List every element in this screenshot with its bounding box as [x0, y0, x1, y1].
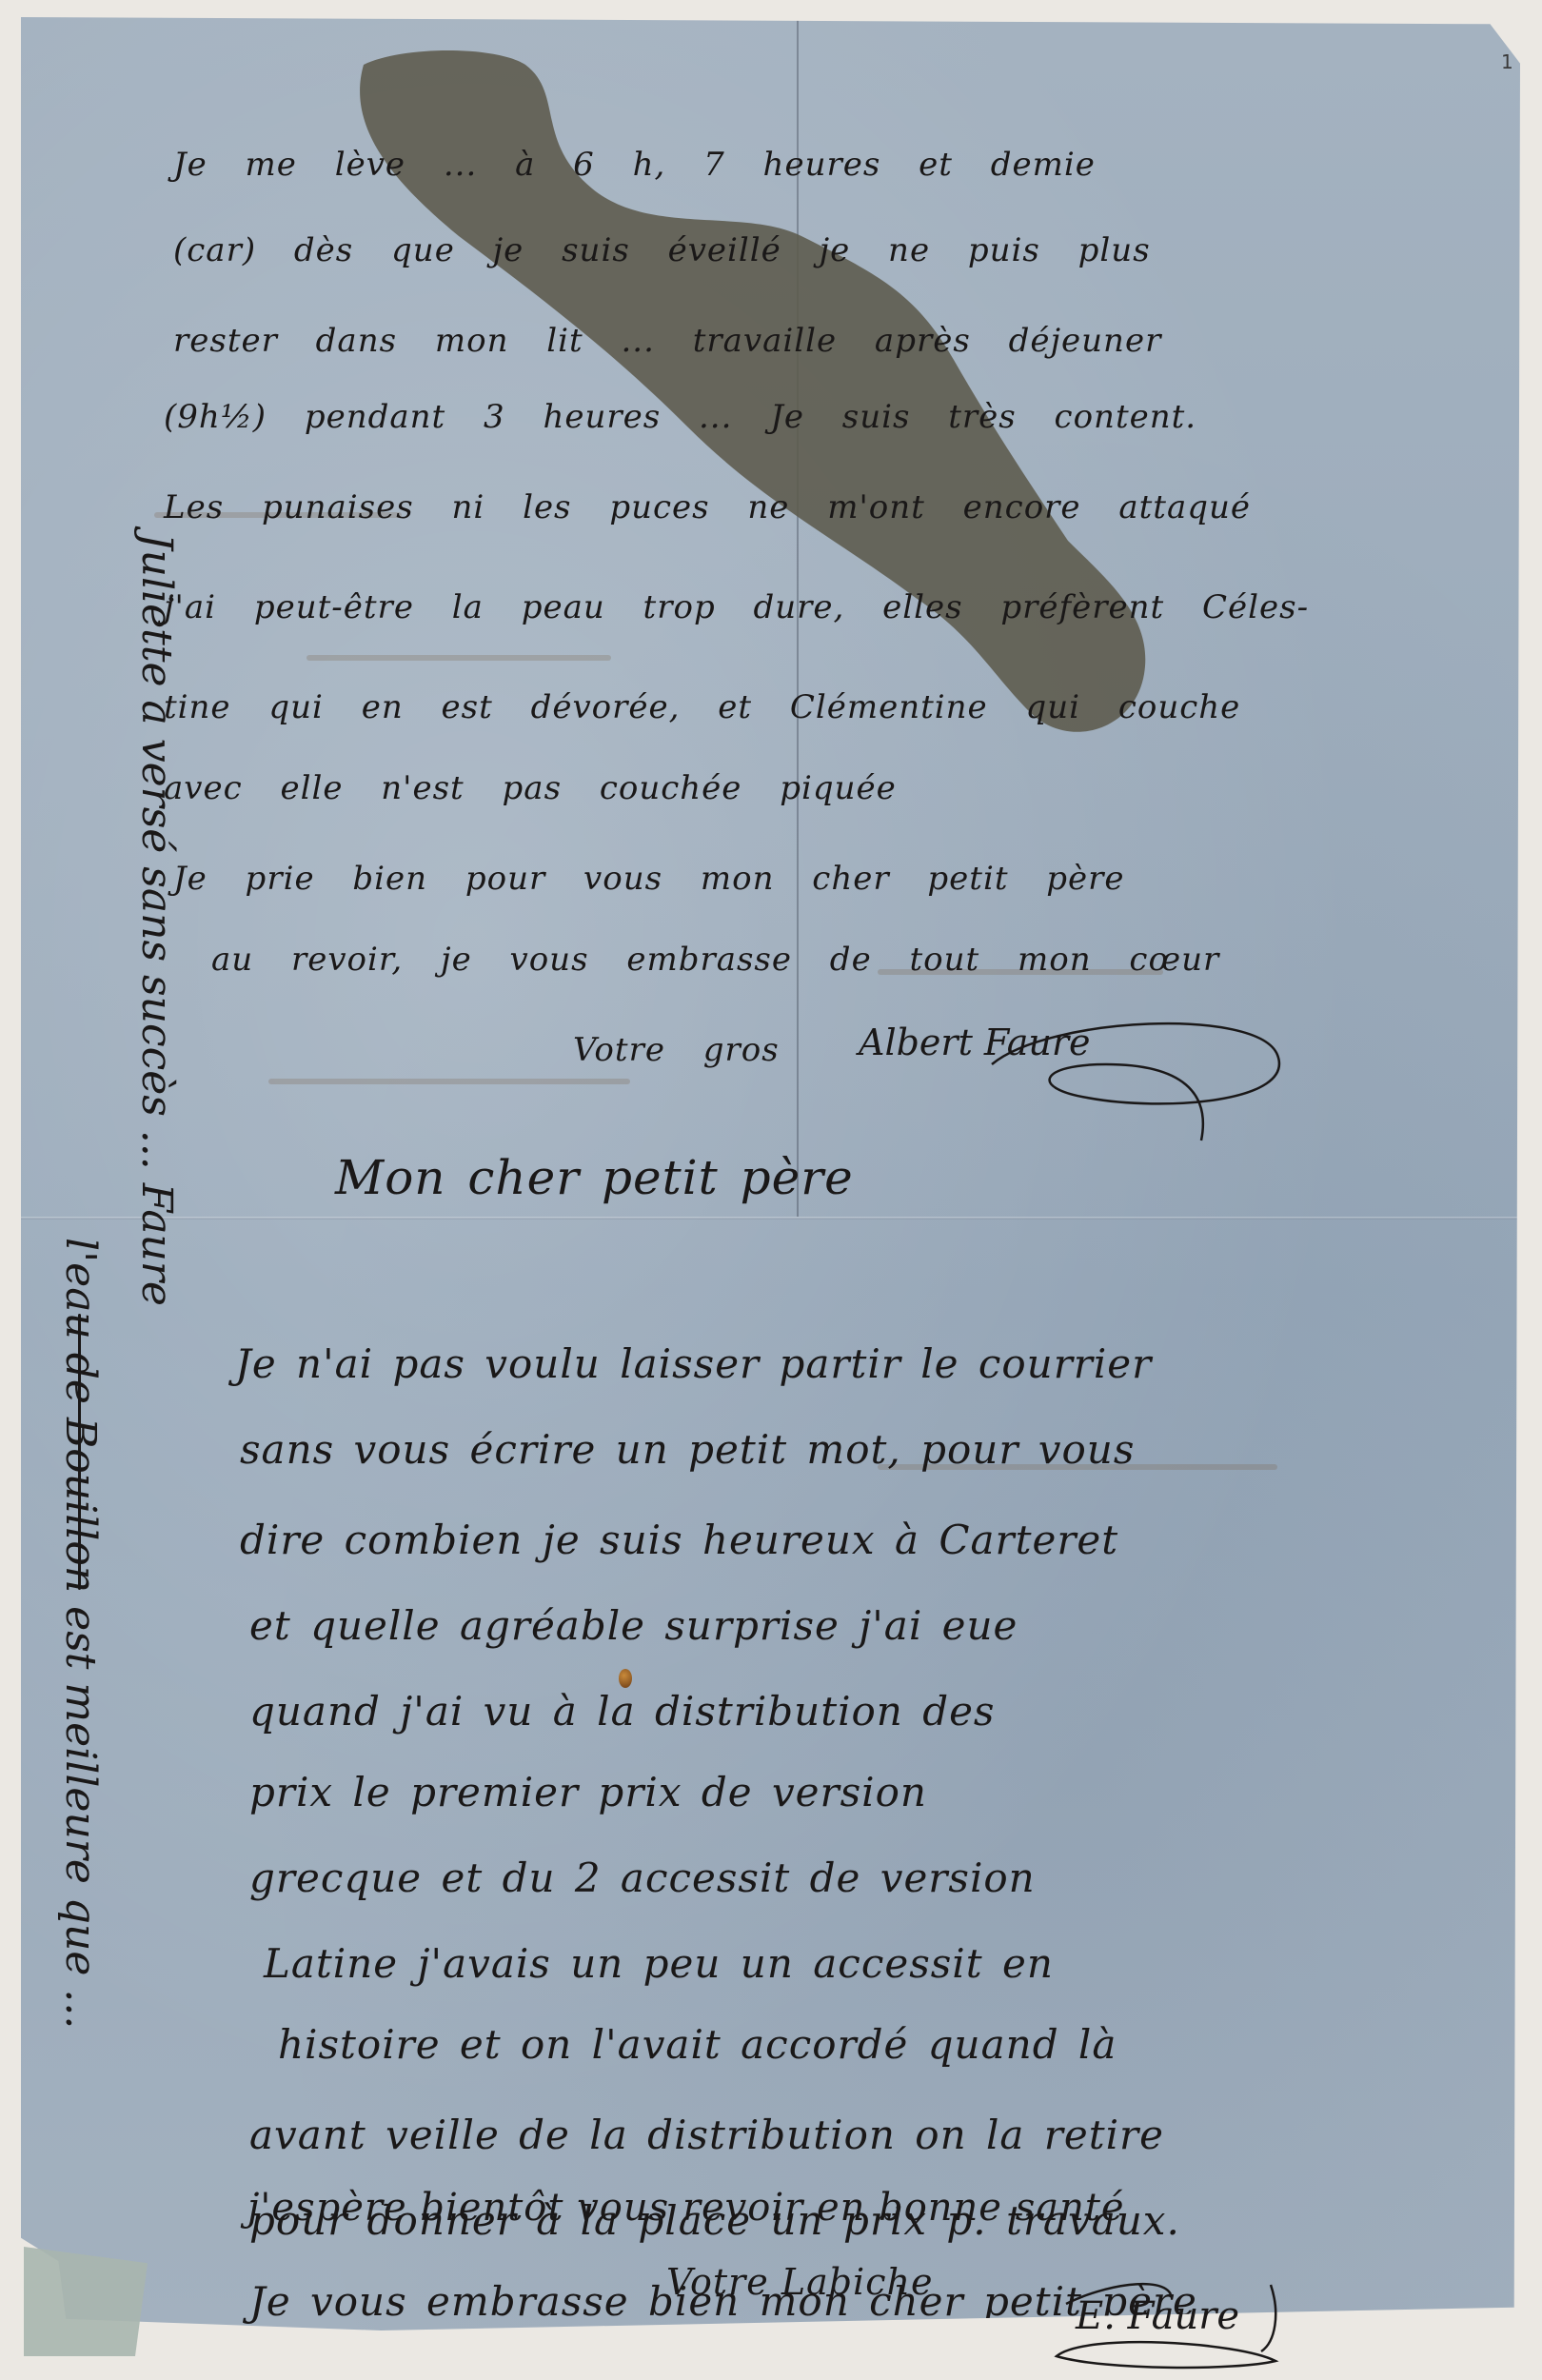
- letter-line: j'espère bientôt vous revoir en bonne sa…: [247, 2186, 1125, 2230]
- greeting-heading: Mon cher petit père: [335, 1150, 854, 1205]
- letter-line: et quelle agréable surprise j'ai eue: [249, 1602, 1018, 1649]
- letter-line: grecque et du 2 accessit de version: [249, 1854, 1036, 1901]
- closing-text: Votre Labiche: [666, 2261, 933, 2303]
- letter-line: rester dans mon lit ... travaille après …: [173, 322, 1161, 360]
- letter-line: prix le premier prix de version: [249, 1769, 927, 1815]
- letter-line: avant veille de la distribution on la re…: [249, 2112, 1164, 2158]
- letter-line: (car) dès que je suis éveillé je ne puis…: [173, 231, 1151, 269]
- brown-spot-mark: [619, 1669, 632, 1688]
- letter-line: j'ai peut-être la peau trop dure, elles …: [164, 588, 1309, 626]
- letter-line: dire combien je suis heureux à Carteret: [240, 1517, 1118, 1563]
- closing-text: Votre gros: [573, 1031, 780, 1069]
- letter-line: avec elle n'est pas couchée piquée: [164, 769, 897, 807]
- ink-bleed-through: [268, 1079, 630, 1084]
- letter-line: Je prie bien pour vous mon cher petit pè…: [173, 860, 1125, 898]
- letter-sheet: 1 Je me lève ... à 6 h, 7 heures et demi…: [21, 17, 1520, 2330]
- signature-flourish: [973, 1007, 1315, 1150]
- margin-note-vertical: Juliette a versé sans succès ... Faure: [132, 533, 181, 1306]
- letter-line: sans vous écrire un petit mot, pour vous: [240, 1426, 1135, 1473]
- folded-corner: [24, 2247, 148, 2356]
- letter-line: Les punaises ni les puces ne m'ont encor…: [164, 488, 1251, 526]
- letter-line: Je me lève ... à 6 h, 7 heures et demie: [173, 146, 1096, 184]
- letter-line: Je n'ai pas voulu laisser partir le cour…: [235, 1340, 1152, 1387]
- letter-line: au revoir, je vous embrasse de tout mon …: [211, 941, 1219, 979]
- letter-line: Latine j'avais un peu un accessit en: [264, 1940, 1054, 1987]
- letter-line: histoire et on l'avait accordé quand là: [278, 2021, 1117, 2068]
- signature-flourish: [1047, 2266, 1295, 2370]
- letter-line: tine qui en est dévorée, et Clémentine q…: [164, 688, 1240, 726]
- margin-rule-line: [78, 1314, 81, 1590]
- letter-line: quand j'ai vu à la distribution des: [249, 1688, 995, 1735]
- letter-line: (9h½) pendant 3 heures ... Je suis très …: [164, 398, 1196, 436]
- page-number-mark: 1: [1501, 50, 1513, 73]
- horizontal-fold-crease: [21, 1217, 1520, 1220]
